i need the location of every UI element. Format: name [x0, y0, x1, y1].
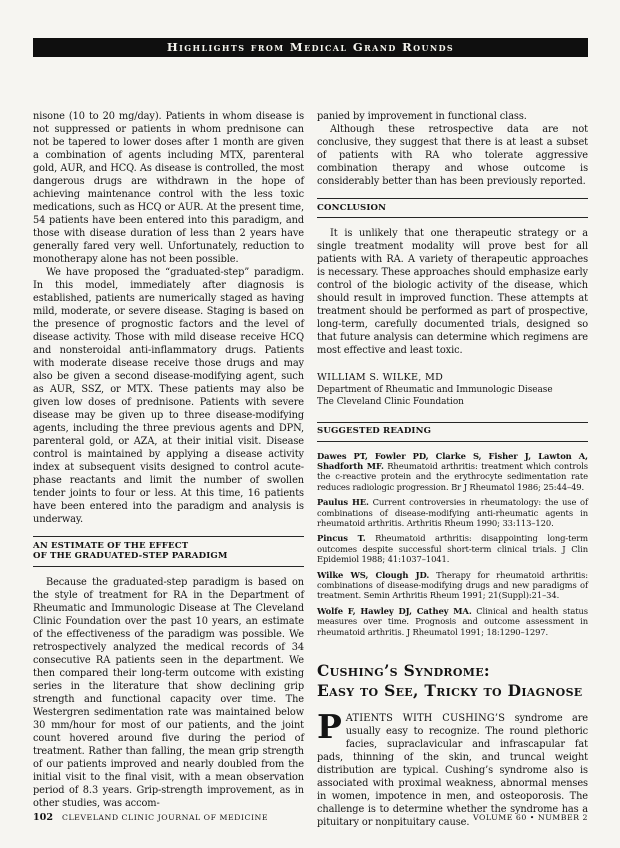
- section-heading-conclusion: CONCLUSION: [317, 198, 588, 218]
- reference-authors: Paulus HE.: [317, 497, 369, 507]
- section-heading-line: CONCLUSION: [317, 203, 588, 214]
- lead-in-caps: ATIENTS WITH CUSHING’S: [346, 713, 505, 724]
- paragraph: Although these retrospective data are no…: [317, 123, 588, 188]
- volume-number: VOLUME 60 • NUMBER 2: [473, 813, 588, 822]
- paragraph: It is unlikely that one therapeutic stra…: [317, 227, 588, 357]
- left-column: nisone (10 to 20 mg/day). Patients in wh…: [33, 110, 304, 829]
- section-heading-line: SUGGESTED READING: [317, 426, 588, 437]
- author-organization: The Cleveland Clinic Foundation: [317, 396, 588, 408]
- header-banner: Highlights from Medical Grand Rounds: [33, 38, 588, 57]
- two-column-body: nisone (10 to 20 mg/day). Patients in wh…: [33, 110, 588, 829]
- header-banner-text: Highlights from Medical Grand Rounds: [167, 40, 454, 54]
- paragraph-continuation: nisone (10 to 20 mg/day). Patients in wh…: [33, 110, 304, 266]
- section-heading-line: AN ESTIMATE OF THE EFFECT: [33, 541, 304, 552]
- reference-item: Wilke WS, Clough JD. Therapy for rheumat…: [317, 570, 588, 601]
- reference-item: Pincus T. Rheumatoid arthritis: disappoi…: [317, 533, 588, 564]
- author-department: Department of Rheumatic and Immunologic …: [317, 384, 588, 396]
- section-heading-estimate: AN ESTIMATE OF THE EFFECT OF THE GRADUAT…: [33, 536, 304, 567]
- next-article-title-line: Easy to See, Tricky to Diagnose: [317, 681, 588, 701]
- drop-cap: P: [317, 712, 346, 739]
- next-article-title: Cushing’s Syndrome: Easy to See, Tricky …: [317, 661, 588, 700]
- author-block: WILLIAM S. WILKE, MD Department of Rheum…: [317, 371, 588, 409]
- reference-authors: Wilke WS, Clough JD.: [317, 570, 429, 580]
- paragraph-continuation: panied by improvement in functional clas…: [317, 110, 588, 123]
- paragraph: We have proposed the “graduated-step” pa…: [33, 266, 304, 526]
- reference-item: Paulus HE. Current controversies in rheu…: [317, 497, 588, 528]
- paragraph: Because the graduated-step paradigm is b…: [33, 576, 304, 810]
- reference-authors: Wolfe F, Hawley DJ, Cathey MA.: [317, 606, 472, 616]
- next-article: Cushing’s Syndrome: Easy to See, Tricky …: [317, 661, 588, 829]
- author-name: WILLIAM S. WILKE, MD: [317, 371, 588, 384]
- footer-left: 102CLEVELAND CLINIC JOURNAL OF MEDICINE: [33, 812, 268, 823]
- right-column: panied by improvement in functional clas…: [317, 110, 588, 829]
- reference-authors: Pincus T.: [317, 533, 366, 543]
- journal-name: CLEVELAND CLINIC JOURNAL OF MEDICINE: [62, 813, 268, 822]
- page-number: 102: [33, 812, 53, 823]
- reference-item: Wolfe F, Hawley DJ, Cathey MA. Clinical …: [317, 606, 588, 637]
- reference-item: Dawes PT, Fowler PD, Clarke S, Fisher J,…: [317, 451, 588, 493]
- page-footer: 102CLEVELAND CLINIC JOURNAL OF MEDICINE …: [33, 812, 588, 823]
- section-heading-line: OF THE GRADUATED-STEP PARADIGM: [33, 551, 304, 562]
- paragraph-text: syndrome are usually easy to recognize. …: [317, 713, 588, 828]
- next-article-title-line: Cushing’s Syndrome:: [317, 661, 588, 681]
- reference-list: Dawes PT, Fowler PD, Clarke S, Fisher J,…: [317, 451, 588, 638]
- section-heading-suggested-reading: SUGGESTED READING: [317, 422, 588, 442]
- journal-page: Highlights from Medical Grand Rounds nis…: [0, 0, 620, 848]
